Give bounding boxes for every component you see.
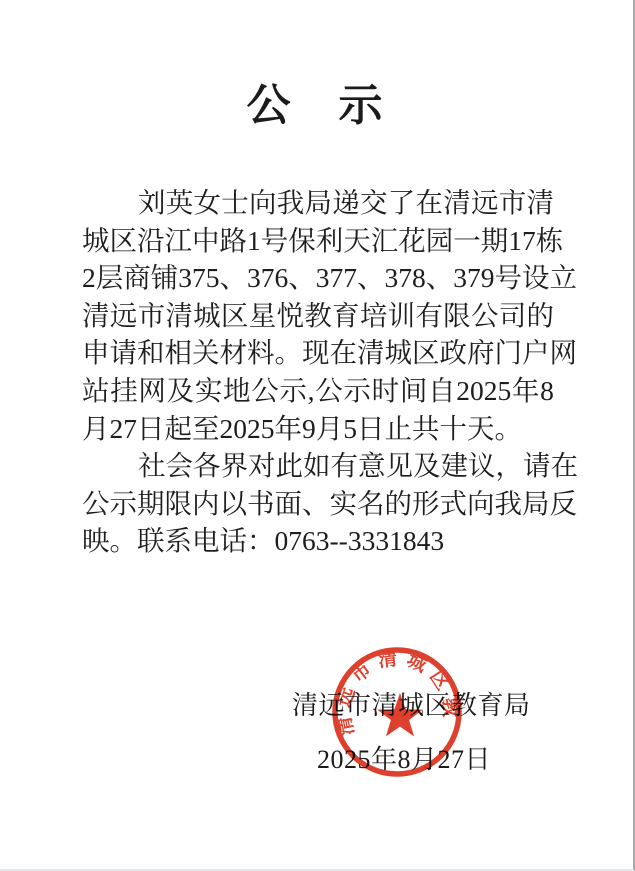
text-line: 公示期限内以书面、实名的形式向我局反 [82, 485, 554, 523]
text-line: 申请和相关材料。现在清城区政府门户网 [82, 334, 554, 372]
page-title: 公 示 [0, 80, 631, 133]
text-line: 社会各界对此如有意见及建议，请在 [82, 447, 554, 485]
paragraph-1: 刘英女士向我局递交了在清远市清城区沿江中路1号保利天汇花园一期17栋2层商铺37… [82, 184, 554, 447]
text-line: 站挂网及实地公示,公示时间自2025年8 [82, 372, 554, 410]
notice-body: 刘英女士向我局递交了在清远市清城区沿江中路1号保利天汇花园一期17栋2层商铺37… [82, 184, 554, 560]
issue-date: 2025年8月27日 [317, 739, 491, 776]
notice-page: 公 示 刘英女士向我局递交了在清远市清城区沿江中路1号保利天汇花园一期17栋2层… [0, 0, 635, 871]
text-line: 刘英女士向我局递交了在清远市清 [82, 184, 554, 222]
text-line: 月27日起至2025年9月5日止共十天。 [82, 410, 554, 448]
text-line: 2层商铺375、376、377、378、379号设立 [82, 259, 554, 297]
text-line: 城区沿江中路1号保利天汇花园一期17栋 [82, 222, 554, 260]
text-line: 清远市清城区星悦教育培训有限公司的 [82, 297, 554, 335]
text-line: 映。联系电话：0763--3331843 [82, 522, 554, 560]
issuer-signature: 清远市清城区教育局 [292, 685, 531, 722]
paragraph-2: 社会各界对此如有意见及建议，请在公示期限内以书面、实名的形式向我局反映。联系电话… [82, 447, 554, 560]
